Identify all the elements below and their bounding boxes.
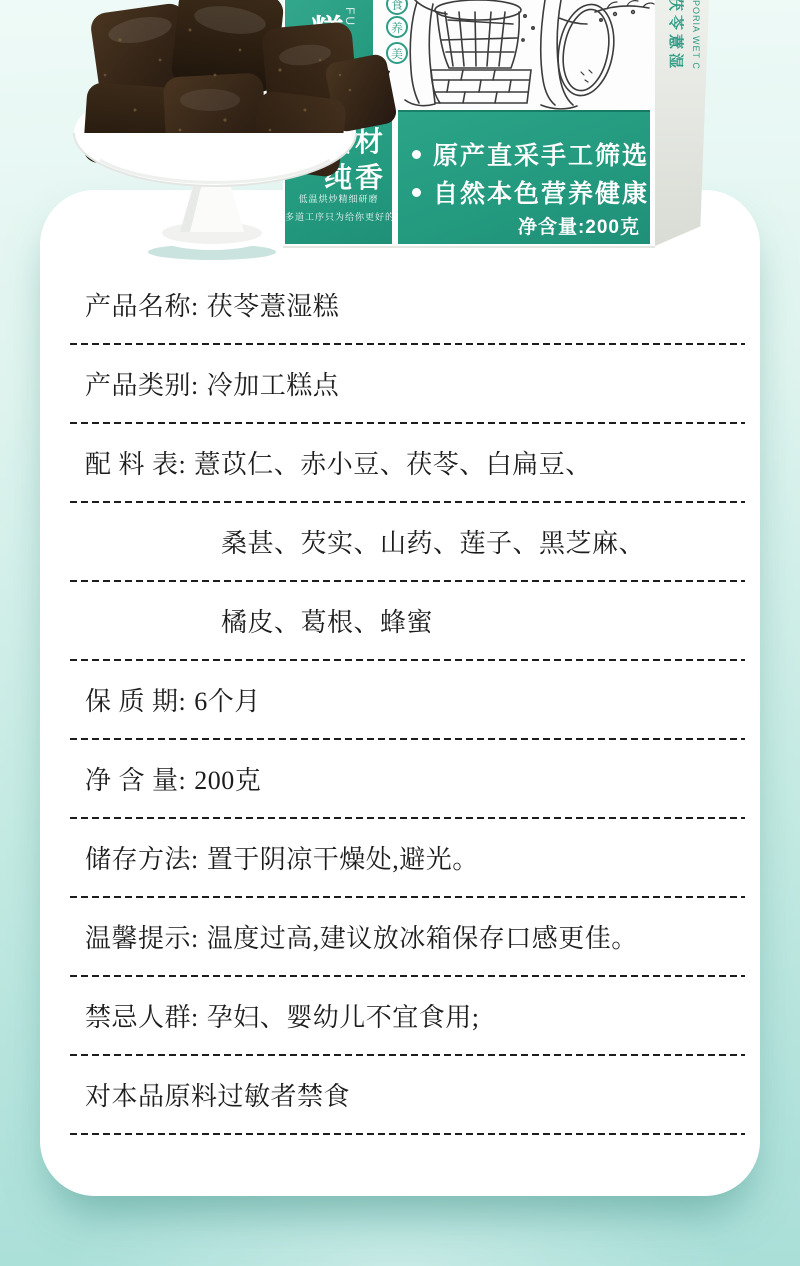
spec-row-tips: 温馨提示: 温度过高,建议放冰箱保存口感更佳。 — [70, 898, 745, 975]
spec-value: 橘皮、葛根、蜂蜜 — [221, 602, 433, 639]
spec-row-product-category: 产品类别: 冷加工糕点 — [70, 345, 745, 422]
spec-row-ingredients-cont: 桑甚、芡实、山药、莲子、黑芝麻、 — [70, 503, 745, 580]
side-product-name-en: PORIA WET C — [691, 0, 701, 70]
spec-card: 产品名称: 茯苓薏湿糕 产品类别: 冷加工糕点 配 料 表: 薏苡仁、赤小豆、茯… — [40, 190, 760, 1196]
spec-label: 温馨提示: — [85, 918, 199, 955]
spec-value: 6个月 — [194, 681, 261, 718]
spec-value: 茯苓薏湿糕 — [207, 286, 340, 323]
product-hero: 糕 FU 食 养 美 食材 纯香 低温烘炒精细研磨 多道工序只为给你更好的品质 … — [0, 0, 800, 290]
spec-label: 配 料 表: — [85, 444, 186, 481]
selling-point-text: 原产直采手工筛选 — [433, 136, 649, 172]
spec-value: 置于阴凉干燥处,避光。 — [207, 839, 479, 876]
spec-value: 对本品原料过敏者禁食 — [85, 1076, 350, 1113]
spec-value: 温度过高,建议放冰箱保存口感更佳。 — [207, 918, 638, 955]
spec-value: 冷加工糕点 — [207, 365, 340, 402]
spec-label: 产品类别: — [85, 365, 199, 402]
spec-label: 禁忌人群: — [85, 997, 199, 1034]
spec-row-shelf-life: 保 质 期: 6个月 — [70, 661, 745, 738]
row-separator — [70, 1133, 745, 1135]
product-photo-plate-and-cubes — [40, 0, 440, 262]
spec-row-allergy-warning: 对本品原料过敏者禁食 — [70, 1056, 745, 1133]
spec-table: 产品名称: 茯苓薏湿糕 产品类别: 冷加工糕点 配 料 表: 薏苡仁、赤小豆、茯… — [40, 190, 760, 1196]
spec-row-net-weight: 净 含 量: 200克 — [70, 740, 745, 817]
spec-label: 储存方法: — [85, 839, 199, 876]
spec-value: 200克 — [194, 760, 261, 797]
selling-point-text: 自然本色营养健康 — [433, 174, 649, 210]
spec-row-ingredients-cont: 橘皮、葛根、蜂蜜 — [70, 582, 745, 659]
spec-value: 薏苡仁、赤小豆、茯苓、白扁豆、 — [194, 444, 592, 481]
selling-point-row: 自然本色营养健康 — [412, 174, 649, 210]
spec-value: 桑甚、芡实、山药、莲子、黑芝麻、 — [221, 523, 645, 560]
selling-point-row: 原产直采手工筛选 — [412, 136, 649, 172]
spec-label: 净 含 量: — [85, 760, 186, 797]
product-detail-page: 产品名称: 茯苓薏湿糕 产品类别: 冷加工糕点 配 料 表: 薏苡仁、赤小豆、茯… — [0, 0, 800, 1266]
spec-label: 产品名称: — [85, 286, 199, 323]
spec-value: 孕妇、婴幼儿不宜食用; — [207, 997, 480, 1034]
net-weight-label: 净含量:200克 — [518, 212, 640, 239]
spec-row-ingredients: 配 料 表: 薏苡仁、赤小豆、茯苓、白扁豆、 — [70, 424, 745, 501]
spec-label: 保 质 期: — [85, 681, 186, 718]
spec-row-contraindicated: 禁忌人群: 孕妇、婴幼儿不宜食用; — [70, 977, 745, 1054]
spec-row-storage: 储存方法: 置于阴凉干燥处,避光。 — [70, 819, 745, 896]
side-product-name-cn: 茯苓薏湿 — [666, 0, 687, 72]
